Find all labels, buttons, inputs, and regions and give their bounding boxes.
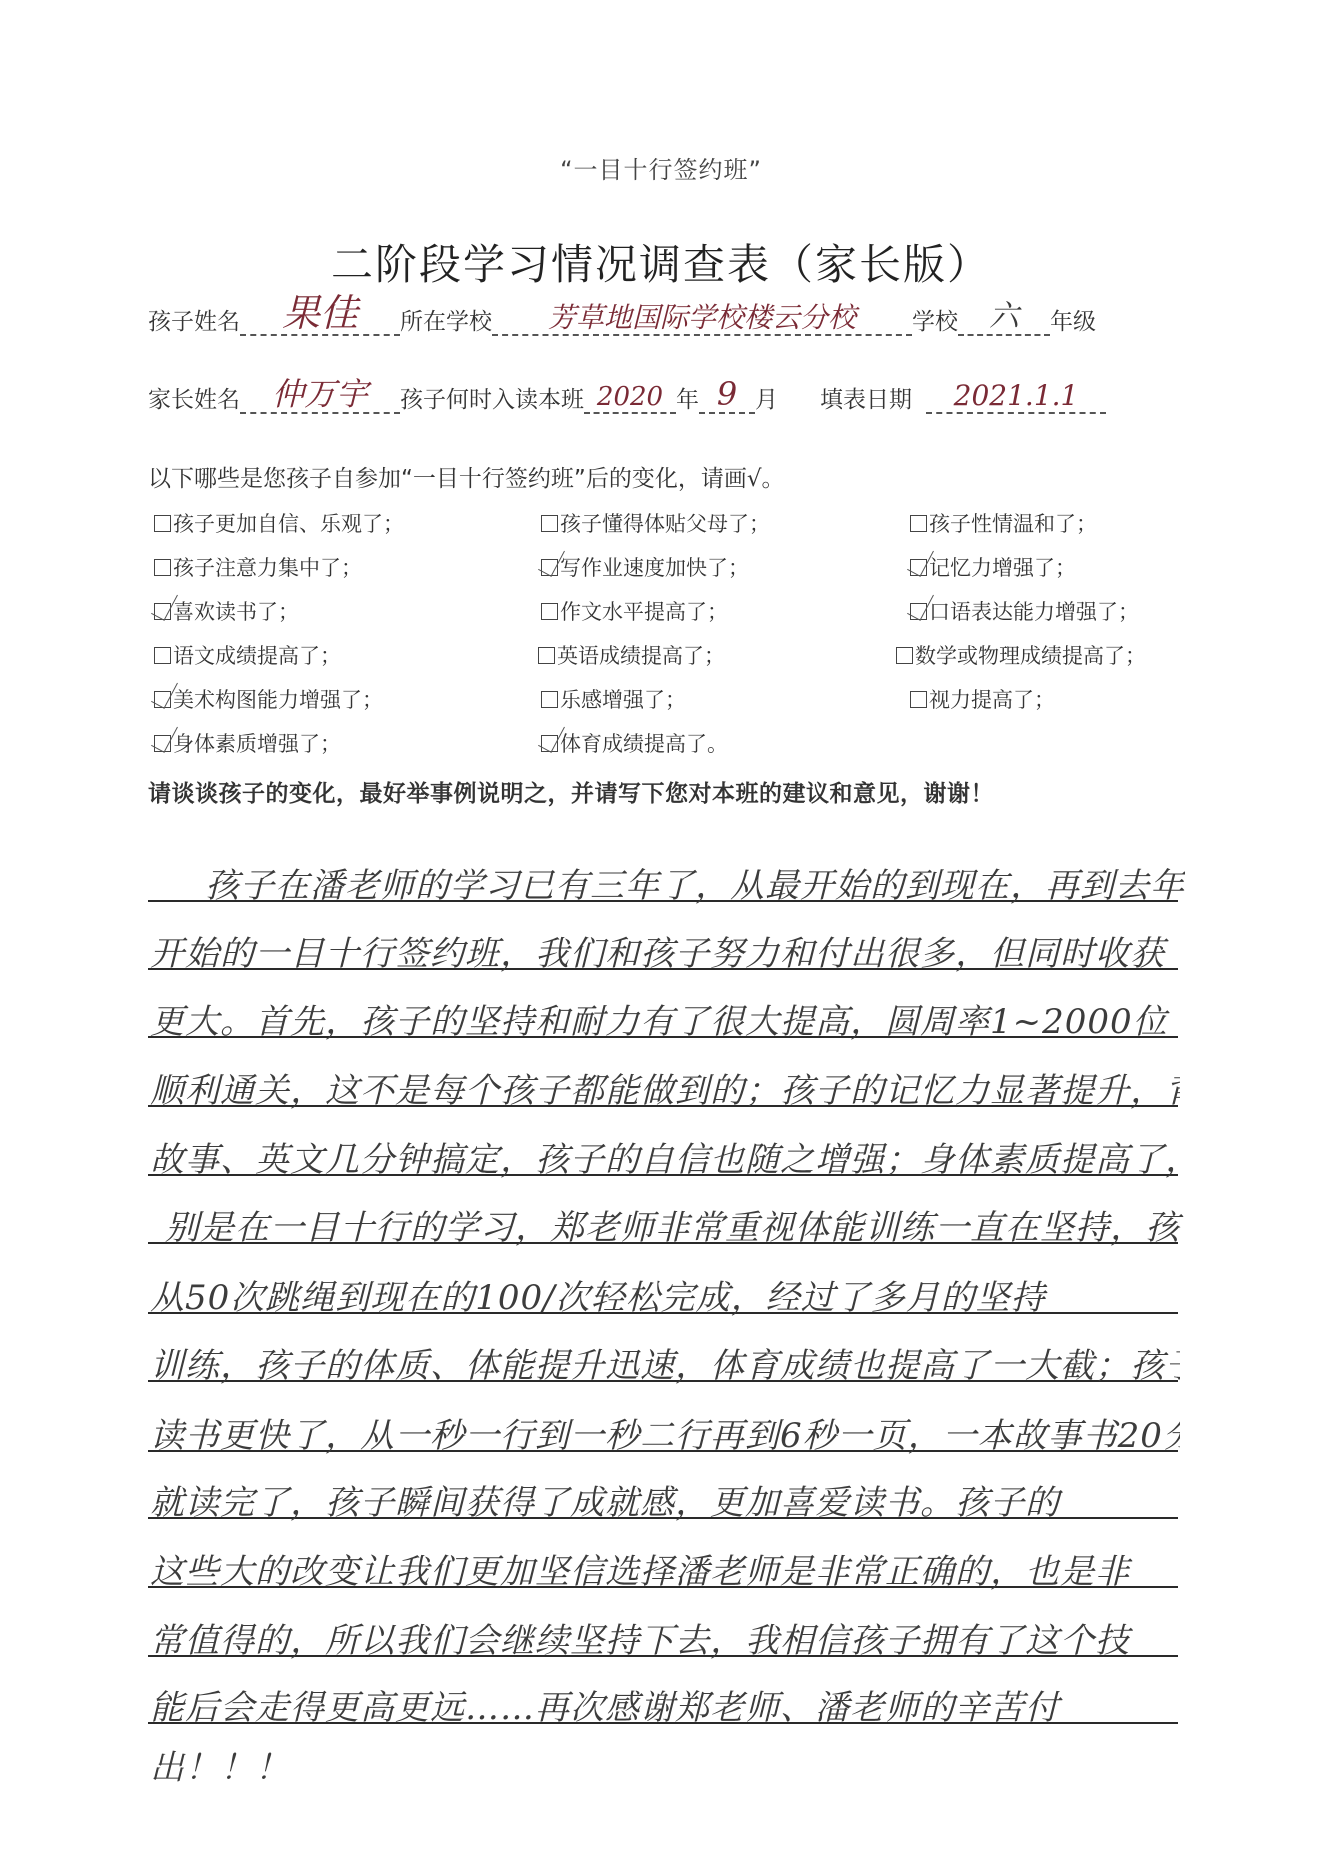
checkbox-label: 视力提高了；: [929, 684, 1055, 714]
checkbox-icon[interactable]: [541, 515, 558, 532]
checklist-row: 喜欢读书了； 作文水平提高了； 口语表达能力增强了；: [148, 596, 1208, 640]
checkbox-icon[interactable]: [910, 691, 927, 708]
checkbox-label: 数学或物理成绩提高了；: [915, 640, 1146, 670]
checkbox-checked-icon[interactable]: [541, 559, 558, 576]
comment-line: 开始的一目十行签约班，我们和孩子努力和付出很多，但同时收获: [150, 926, 1180, 975]
checkbox-icon[interactable]: [538, 647, 555, 664]
comment-line: 别是在一目十行的学习，郑老师非常重视体能训练一直在坚持，孩: [165, 1200, 1195, 1249]
checkbox-gentle[interactable]: 孩子性情温和了；: [910, 508, 1097, 538]
checklist-row: 孩子注意力集中了； 写作业速度加快了； 记忆力增强了；: [148, 552, 1208, 596]
fill-date-label: 填表日期: [820, 381, 912, 414]
parent-name-field[interactable]: 仲万宇: [240, 378, 400, 414]
school-field[interactable]: 芳草地国际学校楼云分校: [492, 300, 912, 336]
enroll-year-value: 2020: [584, 384, 676, 410]
checklist-row: 孩子更加自信、乐观了； 孩子懂得体贴父母了； 孩子性情温和了；: [148, 508, 1208, 552]
checkbox-memory[interactable]: 记忆力增强了；: [910, 552, 1076, 582]
checkbox-checked-icon[interactable]: [910, 559, 927, 576]
checkbox-considerate[interactable]: 孩子懂得体贴父母了；: [541, 508, 770, 538]
comment-line: 顺利通关，这不是每个孩子都能做到的；孩子的记忆力显著提升，背: [150, 1063, 1180, 1112]
form-title: 二阶段学习情况调查表（家长版）: [0, 232, 1322, 292]
checkbox-oral-expression[interactable]: 口语表达能力增强了；: [910, 596, 1139, 626]
checkbox-checked-icon[interactable]: [154, 603, 171, 620]
parent-name-label: 家长姓名: [148, 381, 240, 414]
comment-line: 这些大的改变让我们更加坚信选择潘老师是非常正确的，也是非: [150, 1544, 1180, 1593]
comment-line: 孩子在潘老师的学习已有三年了，从最开始的到现在，再到去年9月: [205, 858, 1185, 907]
checkbox-confident[interactable]: 孩子更加自信、乐观了；: [154, 508, 404, 538]
enroll-year-field[interactable]: 2020: [584, 378, 676, 414]
checkbox-label: 孩子注意力集中了；: [173, 552, 362, 582]
school-label: 所在学校: [400, 303, 492, 336]
grade-value: 六: [958, 302, 1050, 332]
checkbox-physical-fitness[interactable]: 身体素质增强了；: [154, 728, 341, 758]
checklist-grid: 孩子更加自信、乐观了； 孩子懂得体贴父母了； 孩子性情温和了； 孩子注意力集中了…: [148, 508, 1208, 772]
checkbox-icon[interactable]: [541, 603, 558, 620]
checkbox-label: 美术构图能力增强了；: [173, 684, 383, 714]
checkbox-musical-sense[interactable]: 乐感增强了；: [541, 684, 686, 714]
checkbox-checked-icon[interactable]: [541, 735, 558, 752]
checkbox-eyesight[interactable]: 视力提高了；: [910, 684, 1055, 714]
enroll-month-field[interactable]: 9: [699, 378, 755, 414]
checkbox-chinese-grades[interactable]: 语文成绩提高了；: [154, 640, 341, 670]
fill-date-value: 2021.1.1: [926, 382, 1106, 410]
checkbox-label: 记忆力增强了；: [929, 552, 1076, 582]
comment-line: 更大。首先，孩子的坚持和耐力有了很大提高，圆周率1~2000位: [150, 994, 1180, 1043]
checkbox-label: 作文水平提高了；: [560, 596, 728, 626]
checkbox-label: 体育成绩提高了。: [560, 728, 728, 758]
checklist-row: 身体素质增强了； 体育成绩提高了。: [148, 728, 1208, 772]
checkbox-label: 喜欢读书了；: [173, 596, 299, 626]
comment-line: 常值得的，所以我们会继续坚持下去，我相信孩子拥有了这个技: [150, 1613, 1180, 1662]
checkbox-label: 语文成绩提高了；: [173, 640, 341, 670]
checkbox-pe-grades[interactable]: 体育成绩提高了。: [541, 728, 728, 758]
checkbox-icon[interactable]: [910, 515, 927, 532]
checkbox-label: 口语表达能力增强了；: [929, 596, 1139, 626]
checkbox-english-grades[interactable]: 英语成绩提高了；: [538, 640, 725, 670]
checkbox-icon[interactable]: [154, 559, 171, 576]
checkbox-focus[interactable]: 孩子注意力集中了；: [154, 552, 362, 582]
fill-date-field[interactable]: 2021.1.1: [926, 378, 1106, 414]
comment-line: 故事、英文几分钟搞定，孩子的自信也随之增强；身体素质提高了，特: [150, 1132, 1180, 1181]
child-name-label: 孩子姓名: [148, 303, 240, 336]
checkbox-label: 孩子更加自信、乐观了；: [173, 508, 404, 538]
checkbox-art-composition[interactable]: 美术构图能力增强了；: [154, 684, 383, 714]
checkbox-label: 孩子性情温和了；: [929, 508, 1097, 538]
school-value: 芳草地国际学校楼云分校: [492, 304, 912, 332]
checkbox-label: 写作业速度加快了；: [560, 552, 749, 582]
comment-line: 出！！！: [150, 1740, 1180, 1789]
checkbox-label: 乐感增强了；: [560, 684, 686, 714]
comment-line: 就读完了，孩子瞬间获得了成就感，更加喜爱读书。孩子的: [150, 1475, 1180, 1524]
grade-label-suffix: 年级: [1050, 303, 1096, 336]
grade-field[interactable]: 六: [958, 300, 1050, 336]
parent-info-row: 家长姓名 仲万宇 孩子何时入读本班 2020 年 9 月 填表日期 2021.1…: [148, 378, 1106, 414]
checkbox-homework-speed[interactable]: 写作业速度加快了；: [541, 552, 749, 582]
checkbox-icon[interactable]: [541, 691, 558, 708]
checkbox-checked-icon[interactable]: [154, 691, 171, 708]
checkbox-checked-icon[interactable]: [154, 735, 171, 752]
checkbox-label: 英语成绩提高了；: [557, 640, 725, 670]
checkbox-icon[interactable]: [154, 515, 171, 532]
checklist-row: 语文成绩提高了； 英语成绩提高了； 数学或物理成绩提高了；: [148, 640, 1208, 684]
year-unit: 年: [676, 381, 699, 414]
child-name-field[interactable]: 果佳: [240, 300, 400, 336]
checkbox-likes-reading[interactable]: 喜欢读书了；: [154, 596, 299, 626]
comment-line: 能后会走得更高更远……再次感谢郑老师、潘老师的辛苦付: [150, 1680, 1180, 1729]
child-info-row: 孩子姓名 果佳 所在学校 芳草地国际学校楼云分校 学校 六 年级: [148, 300, 1096, 336]
form-subtitle: “一目十行签约班”: [0, 150, 1322, 185]
checkbox-label: 孩子懂得体贴父母了；: [560, 508, 770, 538]
comments-prompt: 请谈谈孩子的变化，最好举事例说明之，并请写下您对本班的建议和意见，谢谢！: [148, 775, 994, 808]
enroll-month-value: 9: [699, 378, 755, 410]
checkbox-icon[interactable]: [154, 647, 171, 664]
checkbox-icon[interactable]: [896, 647, 913, 664]
checkbox-math-physics-grades[interactable]: 数学或物理成绩提高了；: [896, 640, 1146, 670]
checklist-instruction: 以下哪些是您孩子自参加“一目十行签约班”后的变化，请画√。: [148, 460, 785, 493]
parent-name-value: 仲万宇: [240, 378, 400, 410]
checkbox-label: 身体素质增强了；: [173, 728, 341, 758]
comment-line: 训练，孩子的体质、体能提升迅速，体育成绩也提高了一大截；孩子: [150, 1338, 1180, 1387]
enroll-label: 孩子何时入读本班: [400, 381, 584, 414]
comment-line: 从50次跳绳到现在的100/次轻松完成，经过了多月的坚持: [150, 1270, 1180, 1319]
checkbox-checked-icon[interactable]: [910, 603, 927, 620]
checkbox-writing[interactable]: 作文水平提高了；: [541, 596, 728, 626]
comment-line: 读书更快了，从一秒一行到一秒二行再到6秒一页，一本故事书20分钟: [150, 1408, 1180, 1457]
month-unit: 月: [755, 381, 778, 414]
grade-label-prefix: 学校: [912, 303, 958, 336]
checklist-row: 美术构图能力增强了； 乐感增强了； 视力提高了；: [148, 684, 1208, 728]
child-name-value: 果佳: [240, 294, 400, 332]
